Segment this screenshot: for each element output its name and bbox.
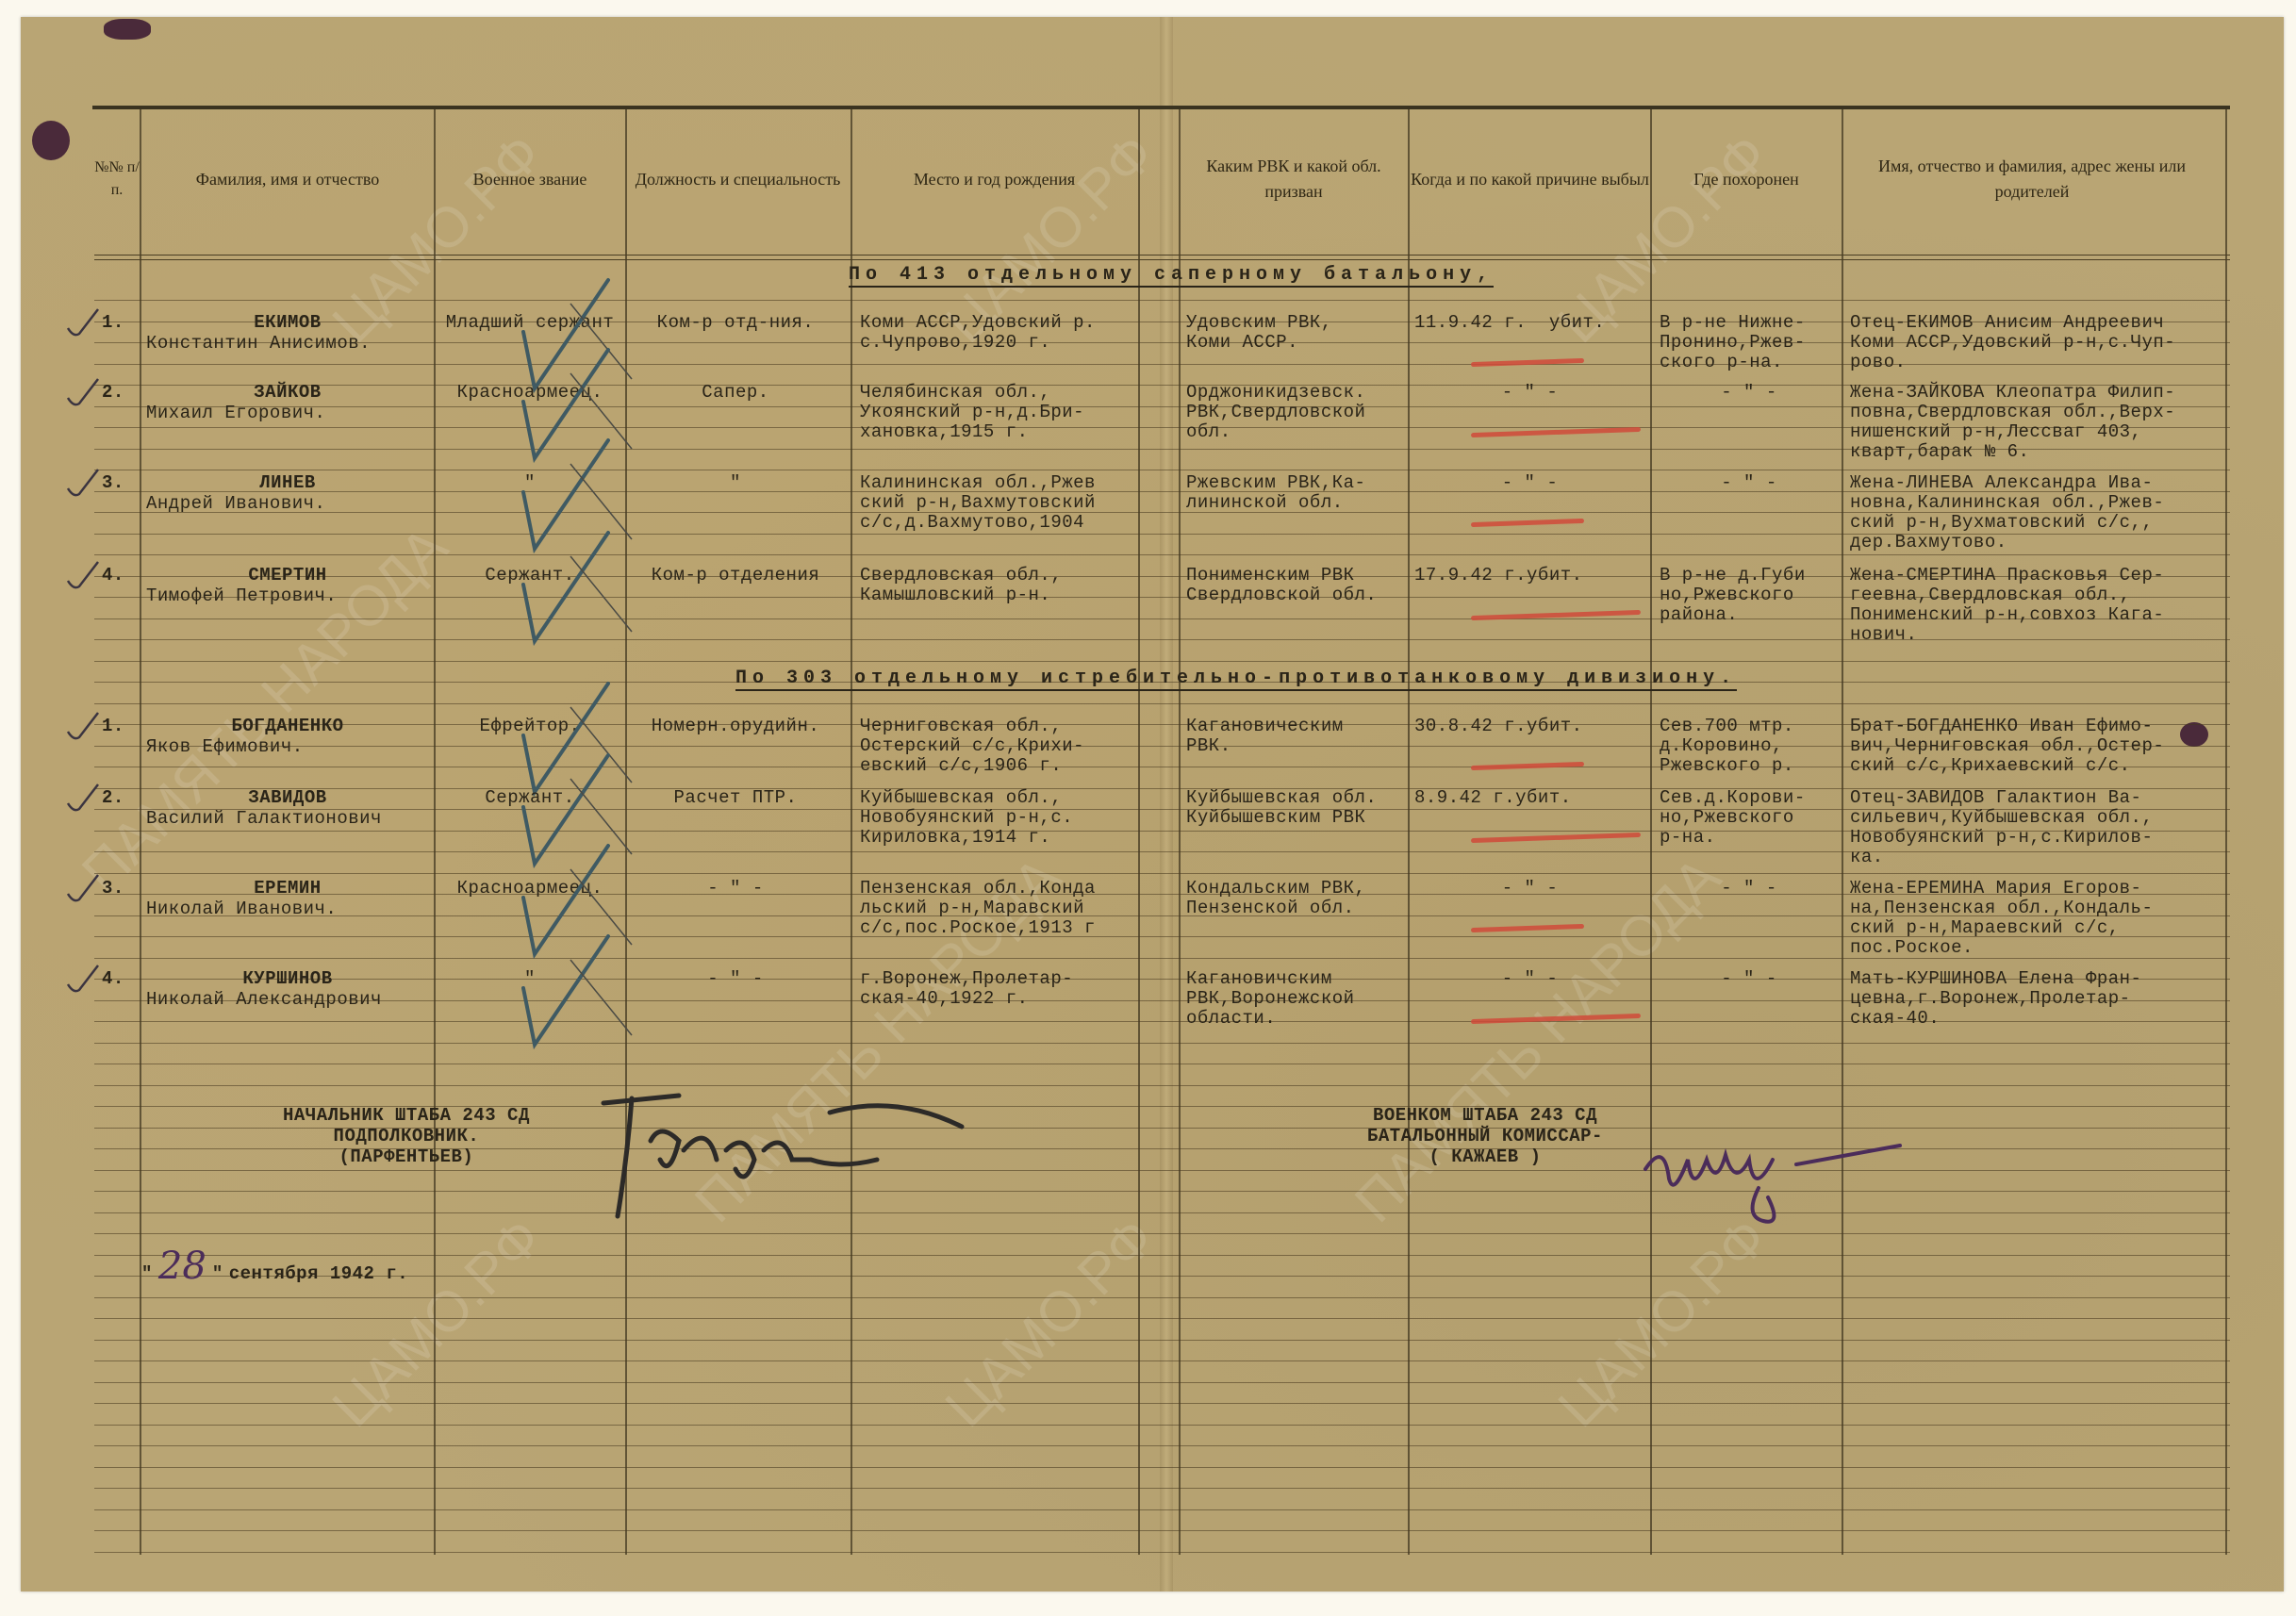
section-heading: По 303 отдельному истребительно-противот… xyxy=(735,668,1737,691)
date-text: сентября 1942 г. xyxy=(229,1264,408,1284)
check-mark-icon xyxy=(64,466,102,503)
section-heading: По 413 отдельному саперному батальону, xyxy=(849,264,1494,288)
date-and-cause: 17.9.42 г.убит. xyxy=(1414,566,1645,585)
row-number: 4. xyxy=(102,969,124,989)
birthplace: Куйбышевская обл., Новобуянский р-н,с. К… xyxy=(860,788,1073,848)
ruled-line xyxy=(94,1255,2230,1256)
birthplace: Калининская обл.,Ржев ский р-н,Вахмутовс… xyxy=(860,473,1096,533)
relatives-address: Отец-ЗАВИДОВ Галактион Ва- сильевич,Куйб… xyxy=(1850,788,2153,867)
row-number: 3. xyxy=(102,473,124,493)
ruled-line xyxy=(94,1403,2230,1404)
given-names: Николай Александрович xyxy=(146,990,382,1010)
column-rule xyxy=(140,109,141,1555)
surname: ЗАЙКОВ xyxy=(146,383,429,403)
given-names: Николай Иванович. xyxy=(146,899,337,919)
ruled-line xyxy=(94,661,2230,662)
surname: КУРШИНОВ xyxy=(146,969,429,989)
column-rule xyxy=(2225,109,2227,1555)
draft-office: Ржевским РВК,Ка- лининской обл. xyxy=(1186,473,1365,513)
ruled-line xyxy=(94,1530,2230,1531)
ruled-line xyxy=(94,1382,2230,1383)
given-names: Константин Анисимов. xyxy=(146,334,371,354)
burial-place: - " - xyxy=(1660,473,1839,493)
check-mark-icon xyxy=(64,375,102,413)
ruled-line xyxy=(94,1085,2230,1086)
burial-place: - " - xyxy=(1660,383,1839,403)
ruled-line xyxy=(94,1043,2230,1044)
row-number: 2. xyxy=(102,788,124,808)
row-number: 4. xyxy=(102,566,124,585)
birthplace: Коми АССР,Удовский р. с.Чупрово,1920 г. xyxy=(860,313,1096,353)
birthplace: Пензенская обл.,Конда льский р-н,Маравск… xyxy=(860,879,1096,938)
ink-blot xyxy=(2180,722,2208,747)
check-mark-icon xyxy=(64,871,102,909)
ruled-line xyxy=(94,1467,2230,1468)
row-number: 1. xyxy=(102,313,124,333)
surname: БОГДАНЕНКО xyxy=(146,717,429,736)
ruled-line xyxy=(94,1488,2230,1489)
draft-office: Понименским РВК Свердловской обл. xyxy=(1186,566,1377,605)
ruled-line xyxy=(94,1360,2230,1361)
ruled-line xyxy=(94,1425,2230,1426)
ruled-line xyxy=(94,1064,2230,1064)
header-name: Фамилия, имя и отчество xyxy=(141,141,434,217)
position: - " - xyxy=(627,879,844,899)
burial-place: Сев.700 мтр. д.Коровино, Ржевского р. xyxy=(1660,717,1839,776)
ink-blot xyxy=(32,121,70,160)
date-and-cause: 11.9.42 г. убит. xyxy=(1414,313,1645,333)
relatives-address: Брат-БОГДАНЕНКО Иван Ефимо- вич,Чернигов… xyxy=(1850,717,2164,776)
birthplace: Черниговская обл., Остерский с/с,Крихи- … xyxy=(860,717,1084,776)
watermark: ЦАМО.РФ xyxy=(933,1205,1167,1440)
date-and-cause: - " - xyxy=(1414,879,1645,899)
relatives-address: Жена-ЛИНЕВА Александра Ива- новна,Калини… xyxy=(1850,473,2164,552)
relatives-address: Жена-ЗАЙКОВА Клеопатра Филип- повна,Свер… xyxy=(1850,383,2175,462)
birthplace: г.Воронеж,Пролетар- ская-40,1922 г. xyxy=(860,969,1073,1009)
column-rule xyxy=(851,109,852,1555)
ruled-line xyxy=(94,703,2230,704)
header-buried: Где похоронен xyxy=(1652,141,1841,217)
column-rule xyxy=(1138,109,1140,1555)
position: Сапер. xyxy=(627,383,844,403)
birthplace: Свердловская обл., Камышловский р-н. xyxy=(860,566,1062,605)
column-rule xyxy=(1179,109,1181,1555)
check-mark-icon xyxy=(64,558,102,596)
draft-office: Кагановическим РВК. xyxy=(1186,717,1344,756)
row-number: 3. xyxy=(102,879,124,899)
ruled-line xyxy=(94,1318,2230,1319)
header-num: №№ п/п. xyxy=(94,141,140,217)
ruled-line xyxy=(94,1276,2230,1277)
header-when: Когда и по какой причине выбыл xyxy=(1410,141,1650,217)
position: Ком-р отд-ния. xyxy=(627,313,844,333)
given-names: Василий Галактионович xyxy=(146,809,382,829)
right-signatory-title: ВОЕНКОМ ШТАБА 243 СД БАТАЛЬОННЫЙ КОМИССА… xyxy=(1367,1105,1603,1167)
page-fold xyxy=(1160,17,1173,1591)
given-names: Тимофей Петрович. xyxy=(146,586,337,606)
header-rule xyxy=(94,255,2230,260)
check-mark-icon xyxy=(64,781,102,818)
burial-place: В р-не Нижне- Пронино,Ржев- ского р-на. xyxy=(1660,313,1839,372)
relatives-address: Мать-КУРШИНОВА Елена Фран- цевна,г.Ворон… xyxy=(1850,969,2141,1029)
date-and-cause: 8.9.42 г.убит. xyxy=(1414,788,1645,808)
date-and-cause: 30.8.42 г.убит. xyxy=(1414,717,1645,736)
surname: ЗАВИДОВ xyxy=(146,788,429,808)
header-relatives: Имя, отчество и фамилия, адрес жены или … xyxy=(1843,141,2221,217)
watermark: ЦАМО.РФ xyxy=(320,1205,554,1440)
handwritten-signature-left xyxy=(594,1084,1047,1226)
burial-place: - " - xyxy=(1660,879,1839,899)
draft-office: Удовским РВК, Коми АССР. xyxy=(1186,313,1332,353)
date-day-handwritten: 28 xyxy=(158,1245,206,1288)
position: - " - xyxy=(627,969,844,989)
row-number: 2. xyxy=(102,383,124,403)
ruled-line xyxy=(94,1552,2230,1553)
draft-office: Кагановичским РВК,Воронежской области. xyxy=(1186,969,1355,1029)
table-top-rule xyxy=(92,106,2230,109)
column-rule xyxy=(1650,109,1652,1555)
date-and-cause: - " - xyxy=(1414,383,1645,403)
position: Номерн.орудийн. xyxy=(627,717,844,736)
surname: ЕКИМОВ xyxy=(146,313,429,333)
draft-office: Орджоникидзевск. РВК,Свердловской обл. xyxy=(1186,383,1365,442)
burial-place: - " - xyxy=(1660,969,1839,989)
check-mark-icon xyxy=(64,709,102,747)
surname: ЕРЕМИН xyxy=(146,879,429,899)
given-names: Михаил Егорович. xyxy=(146,404,325,423)
column-rule xyxy=(1842,109,1843,1555)
handwritten-signature-right xyxy=(1641,1131,1942,1245)
left-signatory-title: НАЧАЛЬНИК ШТАБА 243 СД ПОДПОЛКОВНИК. (ПА… xyxy=(283,1105,530,1167)
ruled-line xyxy=(94,554,2230,555)
check-mark-icon xyxy=(64,305,102,343)
relatives-address: Жена-СМЕРТИНА Прасковья Сер- геевна,Свер… xyxy=(1850,566,2164,645)
position: " xyxy=(627,473,844,493)
relatives-address: Отец-ЕКИМОВ Анисим Андреевич Коми АССР,У… xyxy=(1850,313,2175,372)
position: Расчет ПТР. xyxy=(627,788,844,808)
ruled-line xyxy=(94,1509,2230,1510)
ruled-line xyxy=(94,958,2230,959)
given-names: Андрей Иванович. xyxy=(146,494,325,514)
given-names: Яков Ефимович. xyxy=(146,737,304,757)
surname: СМЕРТИН xyxy=(146,566,429,585)
ruled-line xyxy=(94,1445,2230,1446)
ruled-line xyxy=(94,873,2230,874)
date-and-cause: - " - xyxy=(1414,473,1645,493)
check-mark-icon xyxy=(64,962,102,999)
ruled-line xyxy=(94,1340,2230,1341)
signature-date: " 28 " сентября 1942 г. xyxy=(141,1245,408,1288)
relatives-address: Жена-ЕРЕМИНА Мария Егоров- на,Пензенская… xyxy=(1850,879,2153,958)
date-and-cause: - " - xyxy=(1414,969,1645,989)
surname: ЛИНЕВ xyxy=(146,473,429,493)
blue-check-mark-icon xyxy=(514,528,636,660)
ruled-line xyxy=(94,1297,2230,1298)
column-rule xyxy=(1408,109,1410,1555)
header-position: Должность и специальность xyxy=(627,141,849,217)
ink-blot xyxy=(104,19,151,40)
header-rank: Военное звание xyxy=(436,141,624,217)
ruled-line xyxy=(94,470,2230,470)
ruled-line xyxy=(94,300,2230,301)
burial-place: В р-не д.Губи но,Ржевского района. xyxy=(1660,566,1839,625)
header-birth: Место и год рождения xyxy=(851,141,1138,217)
draft-office: Кондальским РВК, Пензенской обл. xyxy=(1186,879,1365,918)
birthplace: Челябинская обл., Укоянский р-н,д.Бри- х… xyxy=(860,383,1084,442)
blue-check-mark-icon xyxy=(514,932,636,1064)
row-number: 1. xyxy=(102,717,124,736)
burial-place: Сев.д.Корови- но,Ржевского р-на. xyxy=(1660,788,1839,848)
header-rvk: Каким РВК и какой обл. призван xyxy=(1181,141,1407,217)
position: Ком-р отделения xyxy=(627,566,844,585)
draft-office: Куйбышевская обл. Куйбышевским РВК xyxy=(1186,788,1377,828)
